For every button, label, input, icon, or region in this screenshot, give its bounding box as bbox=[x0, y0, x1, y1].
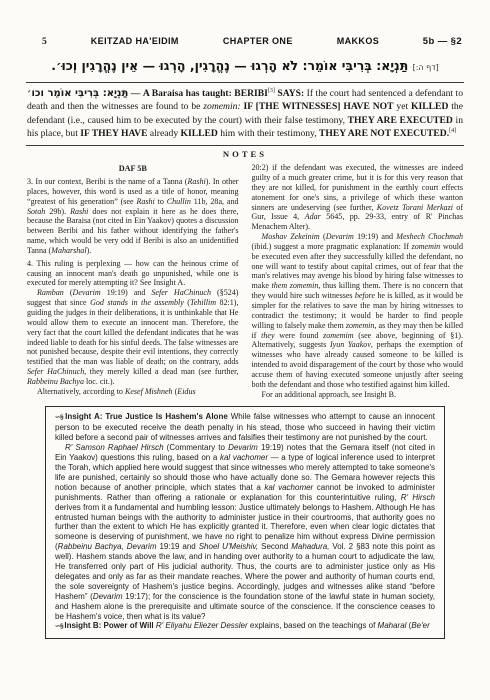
note-paragraph: For an additional approach, see Insight … bbox=[252, 390, 464, 400]
text-segment: Rashi bbox=[70, 207, 88, 216]
text-segment: Meshech Chochmah bbox=[396, 232, 463, 241]
text-segment: to bbox=[155, 197, 167, 206]
notes-right-body: 20:2) if the defendant was executed, the… bbox=[252, 163, 464, 399]
text-segment: R' Eliyahu Eliezer Dessler bbox=[156, 621, 248, 630]
gemara-text: תַּנְיָא: בְּרִיבִּי אוֹמֵר: לֹא הָרְגוּ… bbox=[51, 58, 408, 73]
text-segment: [4] bbox=[449, 128, 456, 134]
text-segment: — bbox=[128, 88, 143, 99]
divider-top bbox=[26, 82, 464, 83]
text-segment: Tehillim bbox=[190, 298, 216, 307]
note-paragraph: Ramban (Devarim 19:19) and Sefer HaChinu… bbox=[27, 288, 239, 386]
text-segment: Rabbeinu Bachya bbox=[27, 377, 84, 386]
tractate-title: MAKKOS bbox=[337, 36, 379, 46]
page-header: 5 KEITZAD HA'EIDIM CHAPTER ONE MAKKOS 5b… bbox=[0, 0, 490, 47]
text-segment: Sefer HaChinuch bbox=[151, 288, 211, 297]
text-segment: KILLED bbox=[411, 101, 448, 112]
text-segment: God stands in the assembly bbox=[90, 298, 184, 307]
daf-reference: 5b — §2 bbox=[423, 36, 462, 47]
text-segment: ∽§ bbox=[55, 414, 65, 421]
note-paragraph: Alternatively, according to Kesef Mishne… bbox=[27, 387, 239, 397]
text-segment: 19:19) and bbox=[101, 288, 152, 297]
notes-left-column: DAF 5B 3. In our context, Beribi is the … bbox=[27, 163, 239, 399]
text-segment: zomemin bbox=[346, 321, 375, 330]
divider-notes bbox=[26, 145, 464, 146]
text-segment: were found bbox=[275, 331, 324, 340]
text-segment: (Commentary to bbox=[164, 443, 229, 452]
text-segment: Kesef Mishneh bbox=[125, 387, 173, 396]
text-segment: already bbox=[147, 128, 180, 139]
notes-heading: NOTES bbox=[0, 149, 490, 159]
text-segment: (ibid.) suggest a more pragmatic explana… bbox=[252, 242, 412, 251]
text-segment: Rashi bbox=[187, 177, 205, 186]
text-segment: Mahadura, bbox=[291, 542, 329, 551]
note-paragraph: 4. This ruling is perplexing — how can t… bbox=[27, 259, 239, 289]
text-segment: ). bbox=[87, 246, 92, 255]
text-segment: him with their testimony, bbox=[218, 128, 319, 139]
text-segment: Be'er bbox=[411, 621, 429, 630]
note-paragraph: 3. In our context, Beribi is the name of… bbox=[27, 177, 239, 256]
text-segment: 11b, 28a, and bbox=[191, 197, 239, 206]
text-segment: Sefer HaChinuch bbox=[27, 367, 84, 376]
text-segment: explains, based on the teachings of bbox=[248, 621, 378, 630]
text-segment: THEY ARE NOT EXECUTED. bbox=[319, 128, 449, 139]
text-segment: Eidus bbox=[177, 387, 195, 396]
text-segment: yet bbox=[394, 101, 412, 112]
text-segment: Devarim bbox=[73, 288, 101, 297]
text-segment: SAYS: bbox=[275, 88, 304, 99]
text-segment: Insight B: Power of Will bbox=[64, 621, 153, 630]
text-segment: 19:19 and bbox=[157, 542, 199, 551]
text-segment: Rabbeinu Bachya, Devarim bbox=[58, 542, 157, 551]
notes-columns: DAF 5B 3. In our context, Beribi is the … bbox=[27, 163, 463, 399]
text-segment: Chullin bbox=[167, 197, 191, 206]
text-segment: zomemim bbox=[323, 331, 353, 340]
notes-right-column: 20:2) if the defendant was executed, the… bbox=[252, 163, 464, 399]
text-segment: zomemin bbox=[290, 281, 319, 290]
text-segment: Shoel U'Meishiv, bbox=[199, 542, 258, 551]
text-segment: 82:1), guiding the judges in their delib… bbox=[27, 298, 239, 366]
text-segment: KILLED bbox=[181, 128, 218, 139]
text-segment: IF THEY HAVE bbox=[80, 128, 147, 139]
daf-heading: DAF 5B bbox=[27, 164, 239, 174]
text-segment: R' Hirsch bbox=[401, 493, 435, 502]
note-paragraph: 20:2) if the defendant was executed, the… bbox=[252, 163, 464, 232]
text-segment: ( bbox=[64, 288, 73, 297]
text-segment: Rashi bbox=[136, 197, 154, 206]
text-segment: kal vachomer bbox=[220, 453, 268, 462]
insights-box: ∽§ Insight A: True Justice Is Hashem's A… bbox=[45, 406, 445, 639]
notes-left-body: 3. In our context, Beribi is the name of… bbox=[27, 177, 239, 397]
text-segment: For an additional approach, see Insight … bbox=[262, 390, 397, 399]
text-segment: [3] bbox=[268, 88, 275, 94]
text-segment: 29b). bbox=[45, 207, 70, 216]
talmud-page: 5 KEITZAD HA'EIDIM CHAPTER ONE MAKKOS 5b… bbox=[0, 0, 490, 700]
text-segment: Adar bbox=[305, 212, 321, 221]
text-segment: they bbox=[261, 331, 274, 340]
text-segment: 3. In our context, Beribi is the name of… bbox=[27, 177, 187, 186]
text-segment: 4. This ruling is perplexing — how can t… bbox=[27, 259, 239, 288]
text-segment: loc. cit.). bbox=[84, 377, 115, 386]
text-segment: Kovetz Torani Merkazi bbox=[377, 203, 453, 212]
text-segment: Alternatively, according to bbox=[37, 387, 125, 396]
text-segment: Devarim bbox=[326, 232, 354, 241]
text-segment: , they merely killed a dead man (see fur… bbox=[84, 367, 238, 376]
text-segment: Iyun Yaakov bbox=[330, 340, 371, 349]
text-segment: Moshav Zekeinim bbox=[262, 232, 320, 241]
text-segment: zomemin bbox=[412, 242, 441, 251]
insight-paragraph: ∽§ Insight B: Power of Will R' Eliyahu E… bbox=[55, 621, 435, 632]
header-titles: KEITZAD HA'EIDIM CHAPTER ONE MAKKOS bbox=[47, 36, 423, 46]
text-segment: them bbox=[272, 281, 288, 290]
text-segment: Second bbox=[258, 542, 291, 551]
text-segment: BERIBI bbox=[234, 88, 268, 99]
text-segment: IF [THE WITNESSES] HAVE NOT bbox=[244, 101, 394, 112]
text-segment: Devarim bbox=[93, 592, 123, 601]
text-segment: Maharshal bbox=[51, 246, 86, 255]
text-segment: Insight A: True Justice Is Hashem's Alon… bbox=[65, 412, 228, 421]
text-segment: THEY ARE EXECUTED bbox=[348, 115, 453, 126]
text-segment: Ramban bbox=[37, 288, 64, 297]
text-segment: kal vachomer bbox=[264, 483, 313, 492]
note-paragraph: Moshav Zekeinim (Devarim 19:19) and Mesh… bbox=[252, 232, 464, 390]
daf-citation: [דף ה:] bbox=[413, 63, 439, 72]
text-segment: Maharal bbox=[378, 621, 407, 630]
text-segment: A Baraisa has taught: bbox=[143, 88, 234, 99]
chapter-title: CHAPTER ONE bbox=[223, 36, 293, 46]
text-segment: zomemin: bbox=[203, 101, 240, 112]
gemara-hebrew-line: [דף ה:] תַּנְיָא: בְּרִיבִּי אוֹמֵר: לֹא… bbox=[0, 58, 490, 73]
text-segment: Devarim bbox=[228, 443, 258, 452]
text-segment: תַּנְיָא: בְּרִיבִּי אוֹמֵר וכו׳ bbox=[27, 88, 128, 99]
text-segment: ∽§ bbox=[55, 623, 64, 630]
text-segment: Sotah bbox=[27, 207, 45, 216]
insight-paragraph: R' Samson Raphael Hirsch (Commentary to … bbox=[55, 443, 435, 621]
text-segment: R' Samson Raphael Hirsch bbox=[65, 443, 164, 452]
translation-paragraph: תַּנְיָא: בְּרִיבִּי אוֹמֵר וכו׳ — A Bar… bbox=[27, 87, 463, 140]
text-segment: before bbox=[355, 291, 375, 300]
text-segment: 19:19) and bbox=[354, 232, 396, 241]
section-title: KEITZAD HA'EIDIM bbox=[91, 36, 179, 46]
insight-paragraph: ∽§ Insight A: True Justice Is Hashem's A… bbox=[55, 412, 435, 443]
